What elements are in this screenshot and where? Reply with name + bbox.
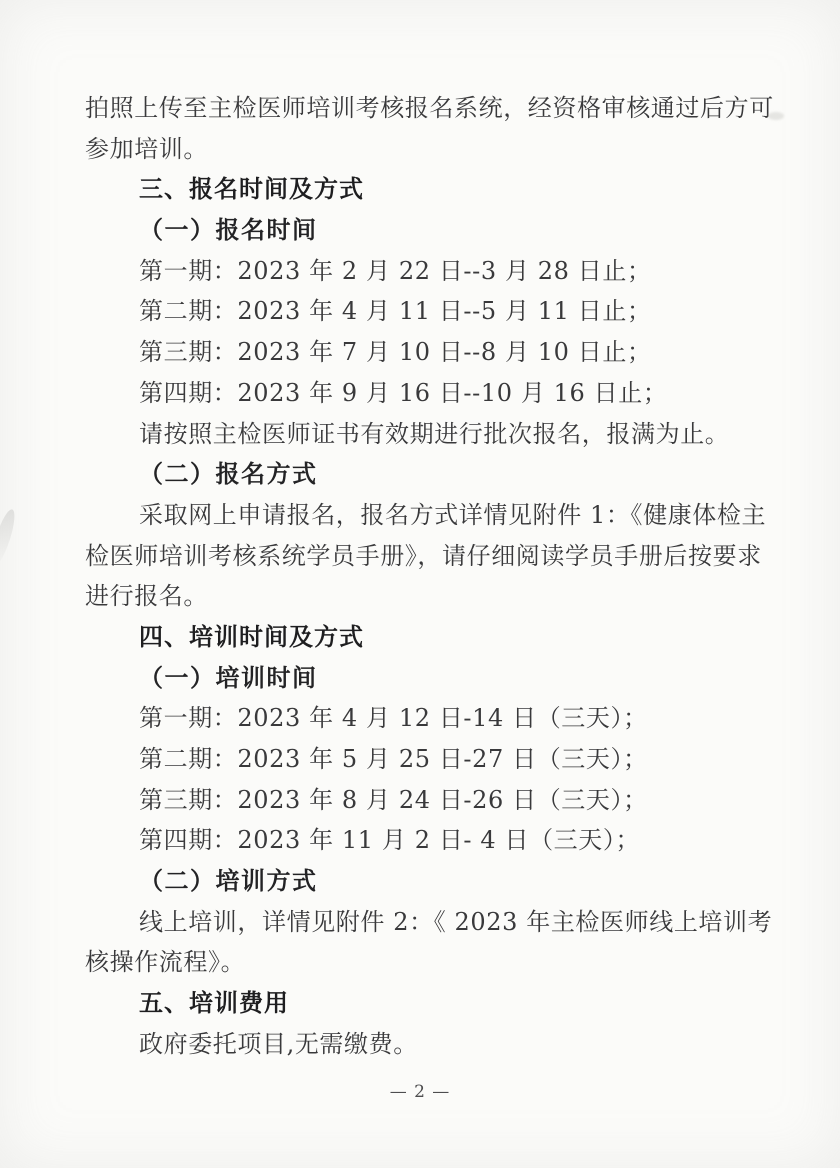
- section-3-1-heading: （一）报名时间: [85, 210, 761, 251]
- section-4-1-heading: （一）培训时间: [85, 658, 761, 699]
- registration-period-1: 第一期：2023 年 2 月 22 日--3 月 28 日止；: [85, 251, 761, 292]
- registration-period-3: 第三期：2023 年 7 月 10 日--8 月 10 日止；: [85, 332, 761, 373]
- section-3-2-heading: （二）报名方式: [85, 454, 761, 495]
- registration-method-line: 采取网上申请报名，报名方式详情见附件 1：《健康体检主: [85, 495, 761, 536]
- registration-method-line: 进行报名。: [85, 576, 761, 617]
- intro-continuation-line: 参加培训。: [85, 129, 761, 170]
- registration-note-line: 请按照主检医师证书有效期进行批次报名，报满为止。: [85, 414, 761, 455]
- training-method-line: 核操作流程》。: [85, 942, 761, 983]
- registration-period-2: 第二期：2023 年 4 月 11 日--5 月 11 日止；: [85, 291, 761, 332]
- training-method-line: 线上培训，详情见附件 2：《 2023 年主检医师线上培训考: [85, 902, 761, 943]
- scanned-document-page: 拍照上传至主检医师培训考核报名系统，经资格审核通过后方可 参加培训。 三、报名时…: [0, 0, 840, 1168]
- registration-method-line: 检医师培训考核系统学员手册》，请仔细阅读学员手册后按要求: [85, 536, 761, 577]
- intro-continuation-line: 拍照上传至主检医师培训考核报名系统，经资格审核通过后方可: [85, 88, 761, 129]
- training-period-2: 第二期：2023 年 5 月 25 日-27 日（三天）；: [85, 739, 761, 780]
- page-number: — 2 —: [0, 1082, 840, 1102]
- document-body: 拍照上传至主检医师培训考核报名系统，经资格审核通过后方可 参加培训。 三、报名时…: [85, 88, 761, 1065]
- training-period-4: 第四期：2023 年 11 月 2 日- 4 日（三天）；: [85, 820, 761, 861]
- section-4-2-heading: （二）培训方式: [85, 861, 761, 902]
- section-3-heading: 三、报名时间及方式: [85, 169, 761, 210]
- section-4-heading: 四、培训时间及方式: [85, 617, 761, 658]
- section-5-heading: 五、培训费用: [85, 983, 761, 1024]
- scan-artifact: [0, 507, 19, 568]
- training-fee-line: 政府委托项目,无需缴费。: [85, 1024, 761, 1065]
- training-period-1: 第一期：2023 年 4 月 12 日-14 日（三天）；: [85, 698, 761, 739]
- training-period-3: 第三期：2023 年 8 月 24 日-26 日（三天）；: [85, 780, 761, 821]
- registration-period-4: 第四期：2023 年 9 月 16 日--10 月 16 日止；: [85, 373, 761, 414]
